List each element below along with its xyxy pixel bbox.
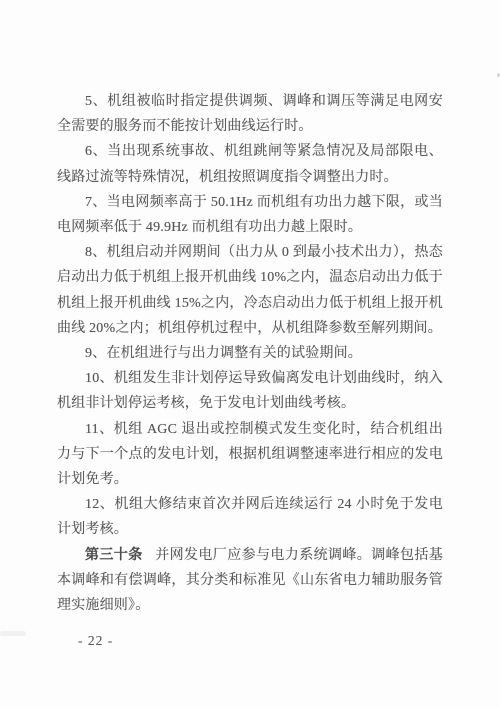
paragraph-text: 10、机组发生非计划停运导致偏离发电计划曲线时，纳入机组非计划停运考核，免于发电…: [57, 371, 443, 411]
paragraph-text: 7、当电网频率高于 50.1Hz 而机组有功出力越下限，或当电网频率低于 49.…: [57, 195, 443, 235]
paragraph-item-8: 8、机组启动并网期间（出力从 0 到最小技术出力），热态启动出力低于机组上报开机…: [57, 240, 443, 341]
paragraph-item-7: 7、当电网频率高于 50.1Hz 而机组有功出力越下限，或当电网频率低于 49.…: [57, 190, 443, 240]
paragraph-item-9: 9、在机组进行与出力调整有关的试验期间。: [57, 341, 443, 366]
paragraph-text: 6、当出现系统事故、机组跳闸等紧急情况及局部限电、线路过流等特殊情况，机组按照调…: [57, 144, 443, 184]
paragraph-item-5: 5、机组被临时指定提供调频、调峰和调压等满足电网安全需要的服务而不能按计划曲线运…: [57, 89, 443, 139]
paragraph-item-10: 10、机组发生非计划停运导致偏离发电计划曲线时，纳入机组非计划停运考核，免于发电…: [57, 366, 443, 416]
document-page: 5、机组被临时指定提供调频、调峰和调压等满足电网安全需要的服务而不能按计划曲线运…: [0, 0, 500, 707]
paragraph-text: 12、机组大修结束首次并网后连续运行 24 小时免于发电计划考核。: [57, 497, 443, 537]
scan-artifact-smudge: [0, 631, 26, 636]
paragraph-item-12: 12、机组大修结束首次并网后连续运行 24 小时免于发电计划考核。: [57, 492, 443, 542]
paragraph-item-6: 6、当出现系统事故、机组跳闸等紧急情况及局部限电、线路过流等特殊情况，机组按照调…: [57, 139, 443, 189]
document-body: 5、机组被临时指定提供调频、调峰和调压等满足电网安全需要的服务而不能按计划曲线运…: [57, 89, 443, 618]
paragraph-item-11: 11、机组 AGC 退出或控制模式发生变化时，结合机组出力与下一个点的发电计划，…: [57, 417, 443, 493]
paragraph-text: 9、在机组进行与出力调整有关的试验期间。: [85, 346, 362, 361]
paragraph-text: 11、机组 AGC 退出或控制模式发生变化时，结合机组出力与下一个点的发电计划，…: [57, 422, 443, 487]
paragraph-article-30: 第三十条并网发电厂应参与电力系统调峰。调峰包括基本调峰和有偿调峰，其分类和标准见…: [57, 543, 443, 619]
article-30-label: 第三十条: [85, 548, 143, 563]
paragraph-text: 8、机组启动并网期间（出力从 0 到最小技术出力），热态启动出力低于机组上报开机…: [57, 245, 443, 336]
paragraph-text: 5、机组被临时指定提供调频、调峰和调压等满足电网安全需要的服务而不能按计划曲线运…: [57, 94, 443, 134]
page-number: - 22 -: [78, 633, 113, 649]
